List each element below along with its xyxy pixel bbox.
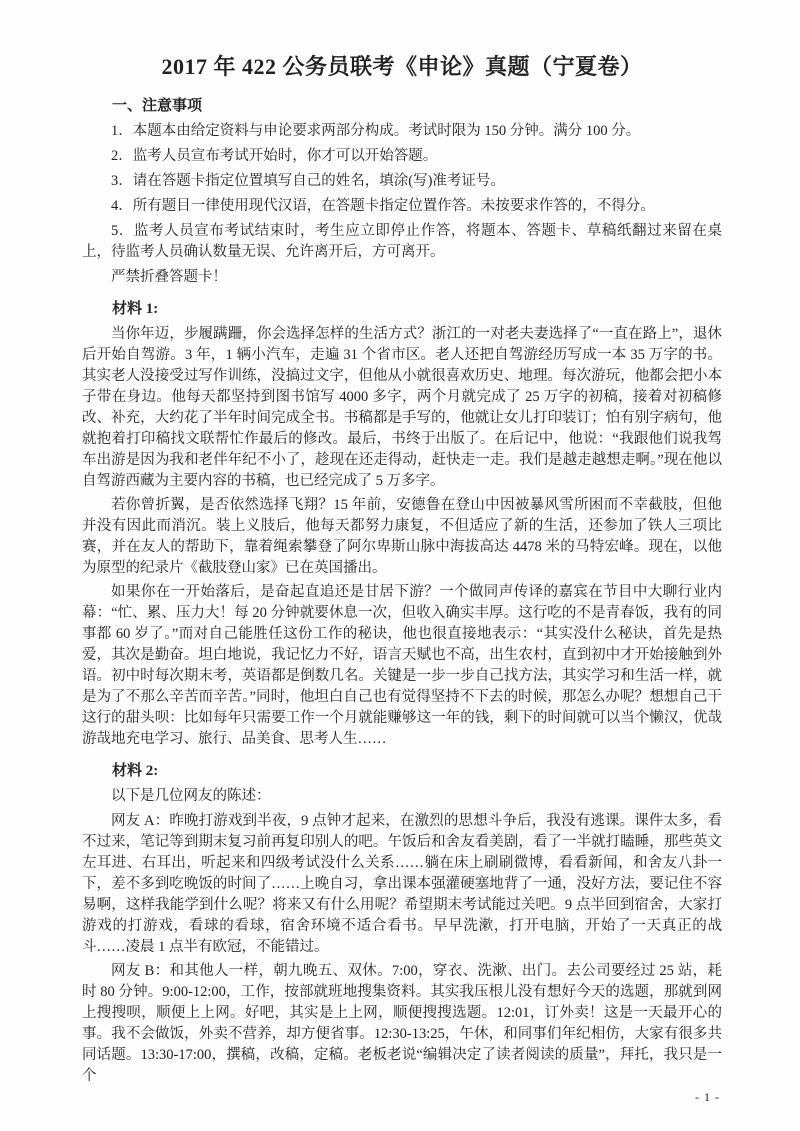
material-1-heading: 材料 1: [82,299,722,320]
warning-text: 严禁折叠答题卡！ [82,267,722,288]
material-1-section: 材料 1: 当你年迈，步履蹒跚，你会选择怎样的生活方式？浙江的一对老夫妻选择了“… [82,299,722,750]
page-title: 2017 年 422 公务员联考《申论》真题（宁夏卷） [82,52,722,82]
material-1-paragraph: 当你年迈，步履蹒跚，你会选择怎样的生活方式？浙江的一对老夫妻选择了“一直在路上”… [82,324,722,492]
notice-item: 4．所有题目一律使用现代汉语，在答题卡指定位置作答。未按要求作答的，不得分。 [82,196,722,217]
notice-item: 2．监考人员宣布考试开始时，你才可以开始答题。 [82,146,722,167]
netizen-b-paragraph: 网友 B：和其他人一样，朝九晚五、双休。7:00，穿衣、洗漱、出门。去公司要经过… [82,961,722,1087]
netizen-a-paragraph: 网友 A：昨晚打游戏到半夜，9 点钟才起来，在激烈的思想斗争后，我没有逃课。课件… [82,811,722,958]
material-1-paragraph: 若你曾折翼，是否依然选择飞翔？15 年前，安德鲁在登山中因被暴风雪所困而不幸截肢… [82,495,722,579]
notice-section: 一、注意事项 1．本题本由给定资料与申论要求两部分构成。考试时限为 150 分钟… [82,96,722,288]
material-1-paragraph: 如果你在一开始落后，是奋起直追还是甘居下游？一个做同声传译的嘉宾在节目中大聊行业… [82,582,722,750]
material-2-section: 材料 2: 以下是几位网友的陈述： 网友 A：昨晚打游戏到半夜，9 点钟才起来，… [82,761,722,1087]
notice-item: 1．本题本由给定资料与申论要求两部分构成。考试时限为 150 分钟。满分 100… [82,121,722,142]
material-2-intro: 以下是几位网友的陈述： [82,786,722,807]
notice-item: 3．请在答题卡指定位置填写自己的姓名，填涂(写)准考证号。 [82,171,722,192]
notice-item: 5．监考人员宣布考试结束时，考生应立即停止作答，将题本、答题卡、草稿纸翻过来留在… [82,221,722,263]
page-number: - 1 - [695,1090,720,1105]
material-2-heading: 材料 2: [82,761,722,782]
notice-heading: 一、注意事项 [82,96,722,117]
document-page: 2017 年 422 公务员联考《申论》真题（宁夏卷） 一、注意事项 1．本题本… [0,0,800,1131]
